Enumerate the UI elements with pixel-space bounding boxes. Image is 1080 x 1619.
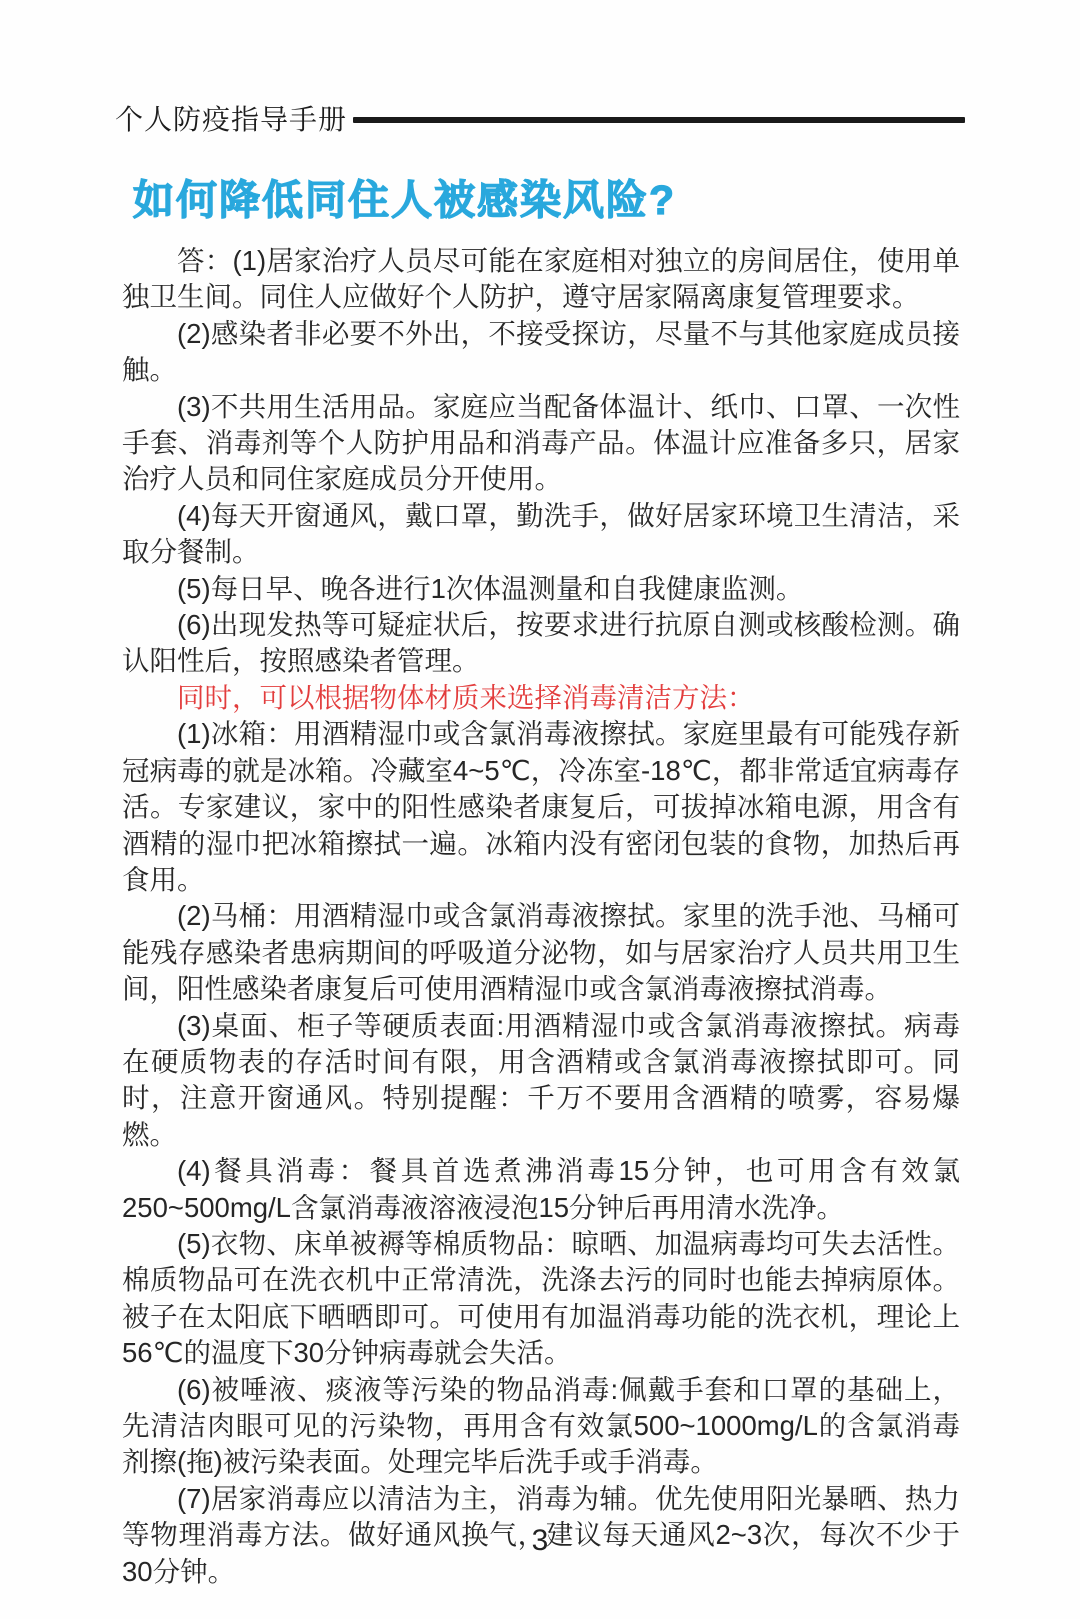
paragraph-clothing: (5)衣物、床单被褥等棉质物品：晾晒、加温病毒均可失去活性。棉质物品可在洗衣机中…	[122, 1226, 960, 1372]
header-rule-line	[353, 117, 965, 123]
paragraph-tableware: (4)餐具消毒：餐具首选煮沸消毒15分钟，也可用含有效氯250~500mg/L含…	[122, 1153, 960, 1226]
page-footer: 3	[0, 1524, 1080, 1558]
paragraph-red-note: 同时，可以根据物体材质来选择消毒清洁方法：	[122, 680, 960, 716]
paragraph-answer-3: (3)不共用生活用品。家庭应当配备体温计、纸巾、口罩、一次性手套、消毒剂等个人防…	[122, 389, 960, 498]
paragraph-saliva: (6)被唾液、痰液等污染的物品消毒:佩戴手套和口罩的基础上，先清洁肉眼可见的污染…	[122, 1372, 960, 1481]
paragraph-toilet: (2)马桶：用酒精湿巾或含氯消毒液擦拭。家里的洗手池、马桶可能残存感染者患病期间…	[122, 898, 960, 1007]
paragraph-surfaces: (3)桌面、柜子等硬质表面:用酒精湿巾或含氯消毒液擦拭。病毒在硬质物表的存活时间…	[122, 1008, 960, 1154]
article-body: 答：(1)居家治疗人员尽可能在家庭相对独立的房间居住，使用单独卫生间。同住人应做…	[122, 243, 960, 1590]
page-number: 3	[532, 1524, 549, 1557]
paragraph-answer-2: (2)感染者非必要不外出，不接受探访，尽量不与其他家庭成员接触。	[122, 316, 960, 389]
manual-page: 个人防疫指导手册 如何降低同住人被感染风险? 答：(1)居家治疗人员尽可能在家庭…	[0, 0, 1080, 1619]
paragraph-answer-1: 答：(1)居家治疗人员尽可能在家庭相对独立的房间居住，使用单独卫生间。同住人应做…	[122, 243, 960, 316]
section-title: 如何降低同住人被感染风险?	[133, 178, 676, 223]
paragraph-answer-5: (5)每日早、晚各进行1次体温测量和自我健康监测。	[122, 571, 960, 607]
paragraph-fridge: (1)冰箱：用酒精湿巾或含氯消毒液擦拭。家庭里最有可能残存新冠病毒的就是冰箱。冷…	[122, 716, 960, 898]
paragraph-answer-4: (4)每天开窗通风，戴口罩，勤洗手，做好居家环境卫生清洁，采取分餐制。	[122, 498, 960, 571]
page-header: 个人防疫指导手册	[115, 106, 965, 134]
manual-header-title: 个人防疫指导手册	[115, 106, 347, 134]
paragraph-answer-6: (6)出现发热等可疑症状后，按要求进行抗原自测或核酸检测。确认阳性后，按照感染者…	[122, 607, 960, 680]
